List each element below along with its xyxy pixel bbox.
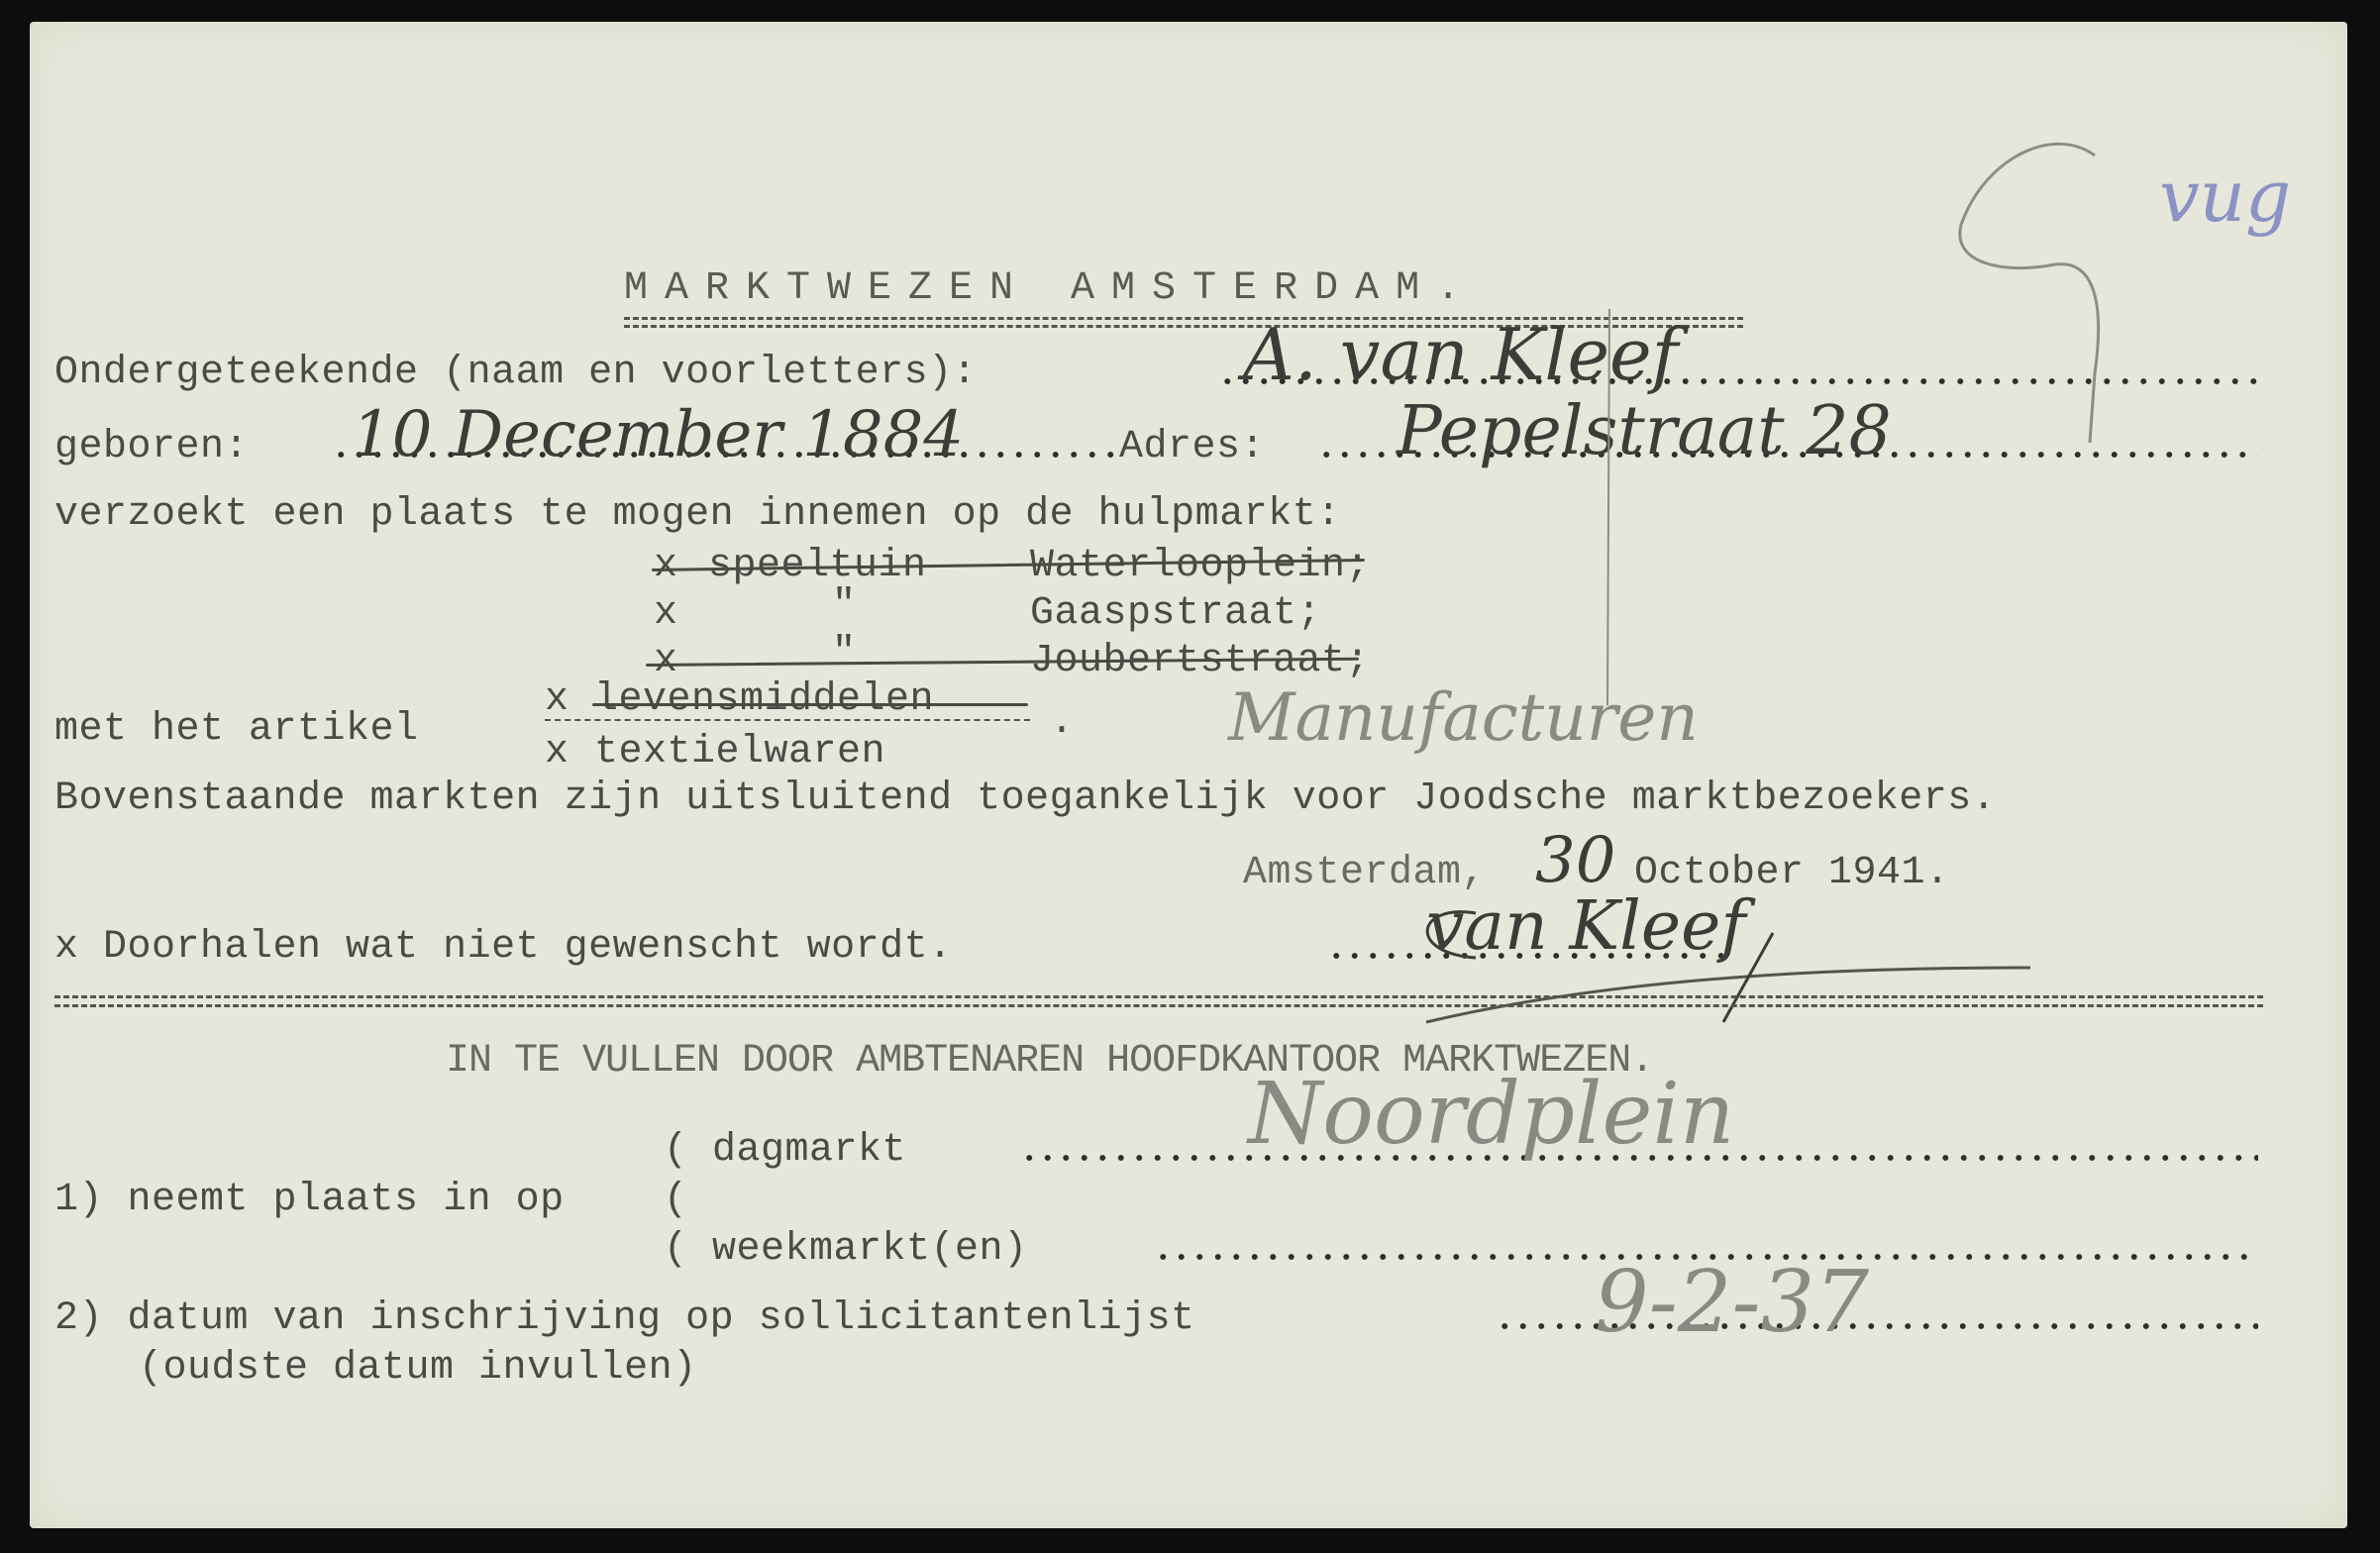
article-option-1-strikethrough [592, 703, 1028, 706]
article-option-2-marker: x [545, 733, 569, 773]
article-option-1-marker: x [545, 680, 569, 720]
item2-label: 2) datum van inschrijving op sollicitant… [54, 1299, 1195, 1339]
name-label: Ondergeteekende (naam en voorletters): [54, 354, 977, 393]
section-divider-1 [54, 995, 2263, 998]
document-card: vug MARKTWEZEN AMSTERDAM. Ondergeteekend… [30, 22, 2347, 1528]
dagmarkt-value: Noordplein [1248, 1072, 1734, 1157]
notice-text: Bovenstaande markten zijn uitsluitend to… [54, 779, 1996, 819]
market-2-ditto: " [832, 586, 857, 626]
pencil-loop-mark [1946, 116, 2144, 453]
market-1-marker: x [654, 547, 678, 586]
item2-value: 9-2-37 [1595, 1260, 1869, 1345]
weekmarkt-label: ( weekmarkt(en) [664, 1230, 1028, 1270]
market-3-marker: x [654, 642, 678, 681]
market-3-ditto: " [832, 634, 857, 673]
item1-brace-middle: ( [664, 1181, 688, 1220]
born-value: 10 December 1884 [352, 403, 964, 466]
document-title: MARKTWEZEN AMSTERDAM. [624, 269, 1477, 309]
market-2-marker: x [654, 594, 678, 634]
article-label: met het artikel [54, 710, 419, 750]
market-1-name: Waterlooplein; [1030, 547, 1370, 586]
dagmarkt-label: ( dagmarkt [664, 1131, 906, 1171]
item1-label: 1) neemt plaats in op [54, 1181, 565, 1220]
section-divider-2 [54, 1004, 2263, 1007]
request-line: verzoekt een plaats te mogen innemen op … [54, 495, 1341, 535]
signature-flourish [1397, 874, 2090, 1032]
article-option-2-name: textielwaren [594, 733, 885, 773]
article-period: . [1050, 703, 1075, 743]
article-option-1-name: levensmiddelen [594, 680, 934, 720]
address-value: Pepelstraat 28 [1397, 398, 1892, 466]
article-handwritten-note: Manufacturen [1228, 685, 1699, 751]
address-label: Adres: [1119, 428, 1265, 467]
market-2-name: Gaaspstraat; [1030, 594, 1321, 634]
pencil-vertical-stroke [1600, 309, 1619, 725]
item2-sub: (oudste datum invullen) [139, 1349, 697, 1389]
article-fraction-bar [545, 719, 1030, 721]
blue-corner-mark: vug [2159, 160, 2291, 232]
footnote-text: x Doorhalen wat niet gewenscht wordt. [54, 928, 953, 968]
born-label: geboren: [54, 428, 249, 467]
